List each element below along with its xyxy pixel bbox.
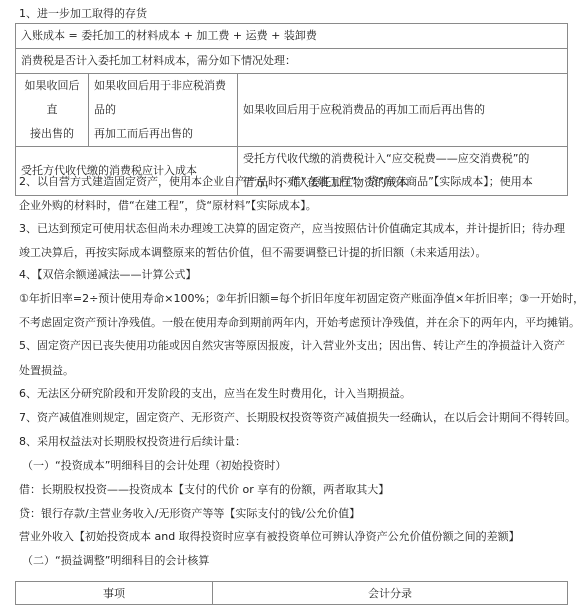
consumption-tax-note: 消费税是否计入委托加工材料成本，需分如下情况处理： [16, 49, 568, 74]
case-direct-sale-line1: 如果收回后直 [21, 74, 83, 122]
case-direct-sale: 如果收回后直 接出售的 [16, 74, 89, 147]
paragraph-2-line-1: 2、以自营方式建造固定资产，使用本企业自产产品时，借“在建工程”，贷“库存商品”… [19, 175, 533, 189]
case-non-taxable-line1: 如果收回后用于非应税消费品的 [94, 74, 232, 122]
subheading-investment-cost: （一）“投资成本”明细科目的会计处理（初始投资时） [22, 459, 286, 473]
paragraph-6: 6、无法区分研究阶段和开发阶段的支出，应当在发生时费用化，计入当期损益。 [19, 387, 411, 401]
section-1-title: 1、进一步加工取得的存货 [19, 5, 147, 21]
paragraph-7: 7、资产减值准则规定，固定资产、无形资产、长期股权投资等资产减值损失一经确认，在… [19, 411, 576, 425]
case-non-taxable-processing: 如果收回后用于非应税消费品的 再加工而后再出售的 [89, 74, 238, 147]
paragraph-3-line-2: 竣工决算后，再按实际成本调整原来的暂估价值，但不需要调整已计提的折旧额（未来适用… [19, 246, 487, 260]
paragraph-4-title: 4、【双倍余额递减法——计算公式】 [19, 268, 197, 282]
journal-credit: 贷：银行存款/主营业务收入/无形资产等等【实际支付的钱/公允价值】 [19, 507, 360, 521]
case-direct-sale-line2: 接出售的 [21, 122, 83, 146]
paragraph-5-line-1: 5、固定资产因已丧失使用功能或因自然灾害等原因报废，计入营业外支出；因出售、转让… [19, 339, 565, 353]
case-non-taxable-line2: 再加工而后再出售的 [94, 122, 232, 146]
consignment-processing-table: 入账成本 = 委托加工的材料成本 + 加工费 + 运费 + 装卸费 消费税是否计… [15, 23, 568, 196]
paragraph-2-line-2: 企业外购的材料时，借“在建工程”，贷“原材料”【实际成本】。 [19, 199, 317, 213]
paragraph-5-line-2: 处置损益。 [19, 364, 74, 378]
subheading-profit-loss-adjustment: （二）“损益调整”明细科目的会计核算 [22, 554, 209, 568]
paragraph-8: 8、采用权益法对长期股权投资进行后续计量： [19, 435, 246, 449]
paragraph-3-line-1: 3、已达到预定可使用状态但尚未办理竣工决算的固定资产，应当按照估计价值确定其成本… [19, 222, 565, 236]
journal-non-operating-income: 营业外收入【初始投资成本 and 取得投资时应享有被投资单位可辨认净资产公允价值… [19, 530, 520, 544]
case-taxable-processing: 如果收回后用于应税消费品的再加工而后再出售的 [238, 74, 568, 147]
profit-loss-adjustment-table: 事项 会计分录 [15, 581, 568, 605]
tax-credited-line1: 受托方代收代缴的消费税计入“应交税费——应交消费税”的 [243, 147, 562, 171]
paragraph-4-line-1: ①年折旧率=2÷预计使用寿命×100%；②年折旧额=每个折旧年度年初固定资产账面… [19, 292, 584, 306]
entry-cost-formula: 入账成本 = 委托加工的材料成本 + 加工费 + 运费 + 装卸费 [16, 24, 568, 49]
journal-debit: 借：长期股权投资——投资成本【支付的代价 or 享有的份额，两者取其大】 [19, 483, 389, 497]
header-item: 事项 [16, 582, 213, 605]
paragraph-4-line-2: 不考虑固定资产预计净残值。一般在使用寿命到期前两年内，开始考虑预计净残值，并在余… [19, 316, 580, 330]
header-journal-entry: 会计分录 [213, 582, 568, 605]
